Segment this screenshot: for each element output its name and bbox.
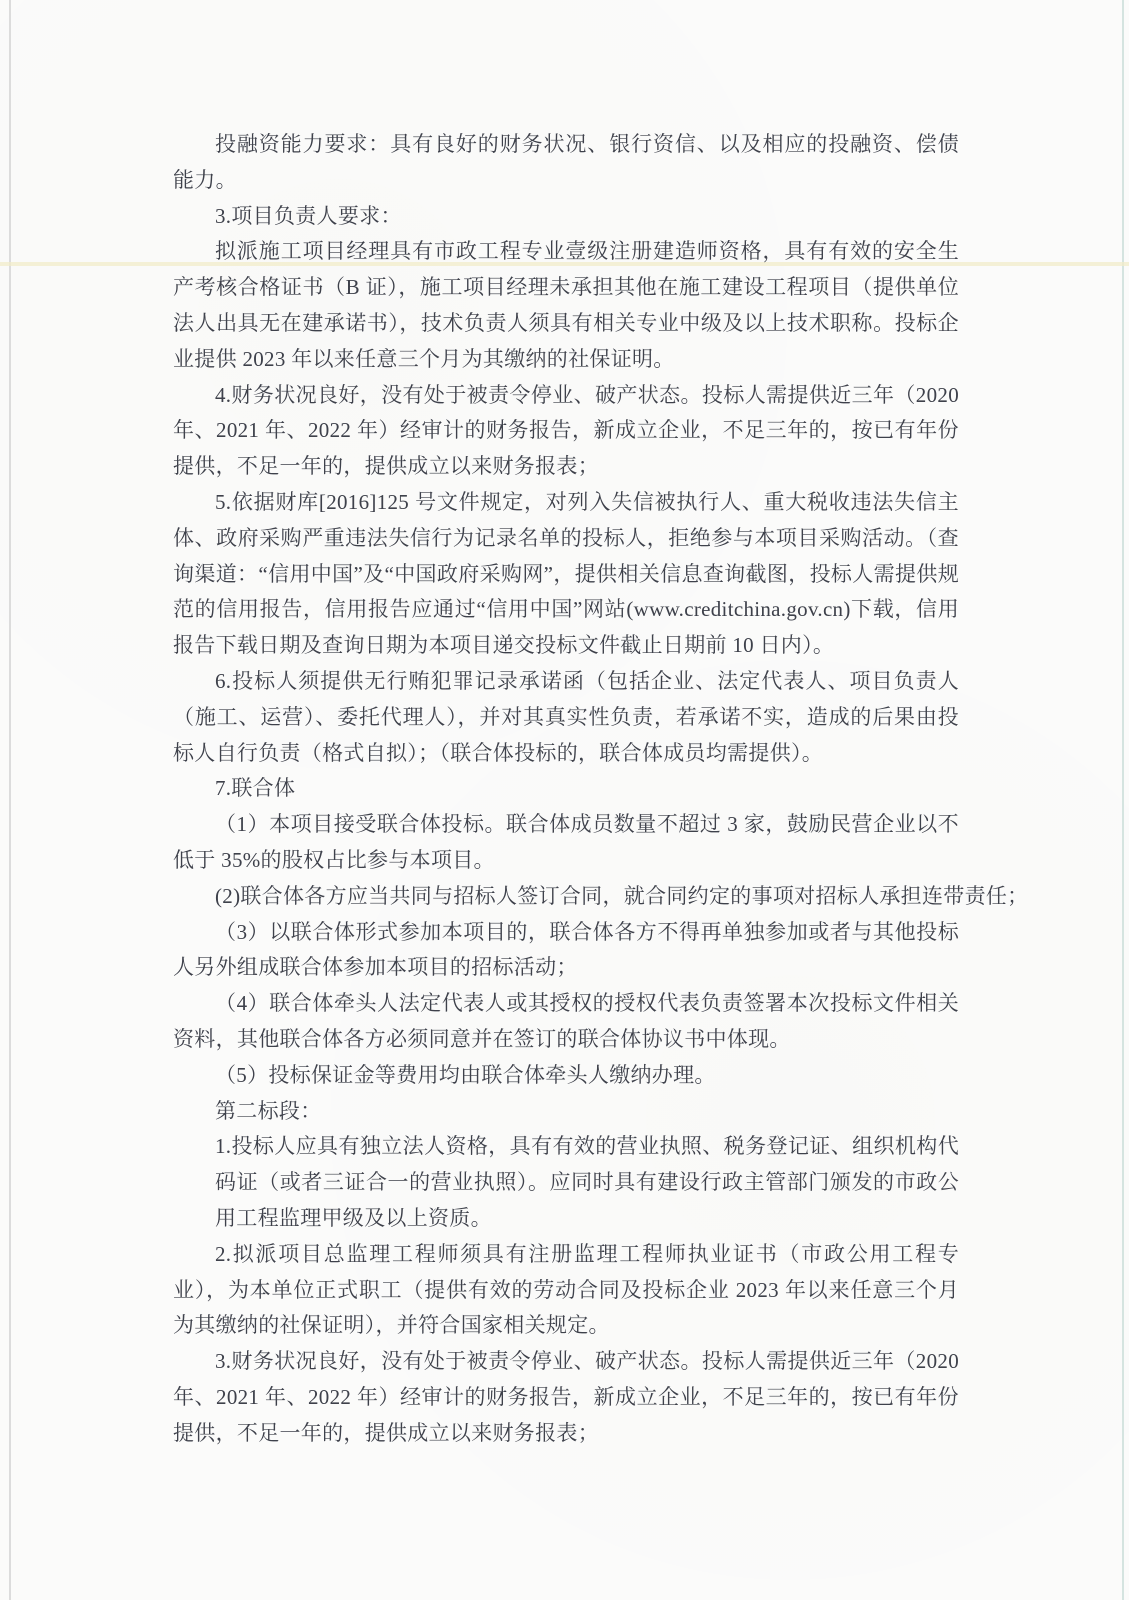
paragraph-4: 4.财务状况良好，没有处于被责令停业、破产状态。投标人需提供近三年（2020 年… <box>173 378 959 485</box>
paragraph-1: 投融资能力要求：具有良好的财务状况、银行资信、以及相应的投融资、偿债能力。 <box>173 127 959 199</box>
paragraph-10: （3）以联合体形式参加本项目的，联合体各方不得再单独参加或者与其他投标人另外组成… <box>173 915 959 987</box>
paragraph-11: （4）联合体牵头人法定代表人或其授权的授权代表负责签署本次投标文件相关资料，其他… <box>173 986 959 1058</box>
paragraph-7: 7.联合体 <box>173 771 959 807</box>
paragraph-5: 5.依据财库[2016]125 号文件规定，对列入失信被执行人、重大税收违法失信… <box>173 485 959 664</box>
paragraph-3: 拟派施工项目经理具有市政工程专业壹级注册建造师资格，具有有效的安全生产考核合格证… <box>173 234 959 377</box>
paragraph-2: 3.项目负责人要求： <box>173 199 959 235</box>
paragraph-13: 第二标段： <box>173 1094 959 1130</box>
paragraph-14: 1.投标人应具有独立法人资格，具有有效的营业执照、税务登记证、组织机构代码证（或… <box>215 1129 959 1236</box>
paragraph-16: 3.财务状况良好，没有处于被责令停业、破产状态。投标人需提供近三年（2020 年… <box>173 1344 959 1451</box>
document-text-block: 投融资能力要求：具有良好的财务状况、银行资信、以及相应的投融资、偿债能力。3.项… <box>173 127 959 1451</box>
paragraph-8: （1）本项目接受联合体投标。联合体成员数量不超过 3 家，鼓励民营企业以不低于 … <box>173 807 959 879</box>
paragraph-9: (2)联合体各方应当共同与招标人签订合同，就合同约定的事项对招标人承担连带责任； <box>173 879 1029 915</box>
scanned-page: 投融资能力要求：具有良好的财务状况、银行资信、以及相应的投融资、偿债能力。3.项… <box>0 0 1129 1600</box>
paragraph-12: （5）投标保证金等费用均由联合体牵头人缴纳办理。 <box>173 1058 959 1094</box>
scan-edge-line-right <box>1122 0 1124 1600</box>
paragraph-6: 6.投标人须提供无行贿犯罪记录承诺函（包括企业、法定代表人、项目负责人（施工、运… <box>173 664 959 771</box>
paragraph-15: 2.拟派项目总监理工程师须具有注册监理工程师执业证书（市政公用工程专业），为本单… <box>173 1237 959 1344</box>
scan-edge-line-left <box>9 0 11 1600</box>
